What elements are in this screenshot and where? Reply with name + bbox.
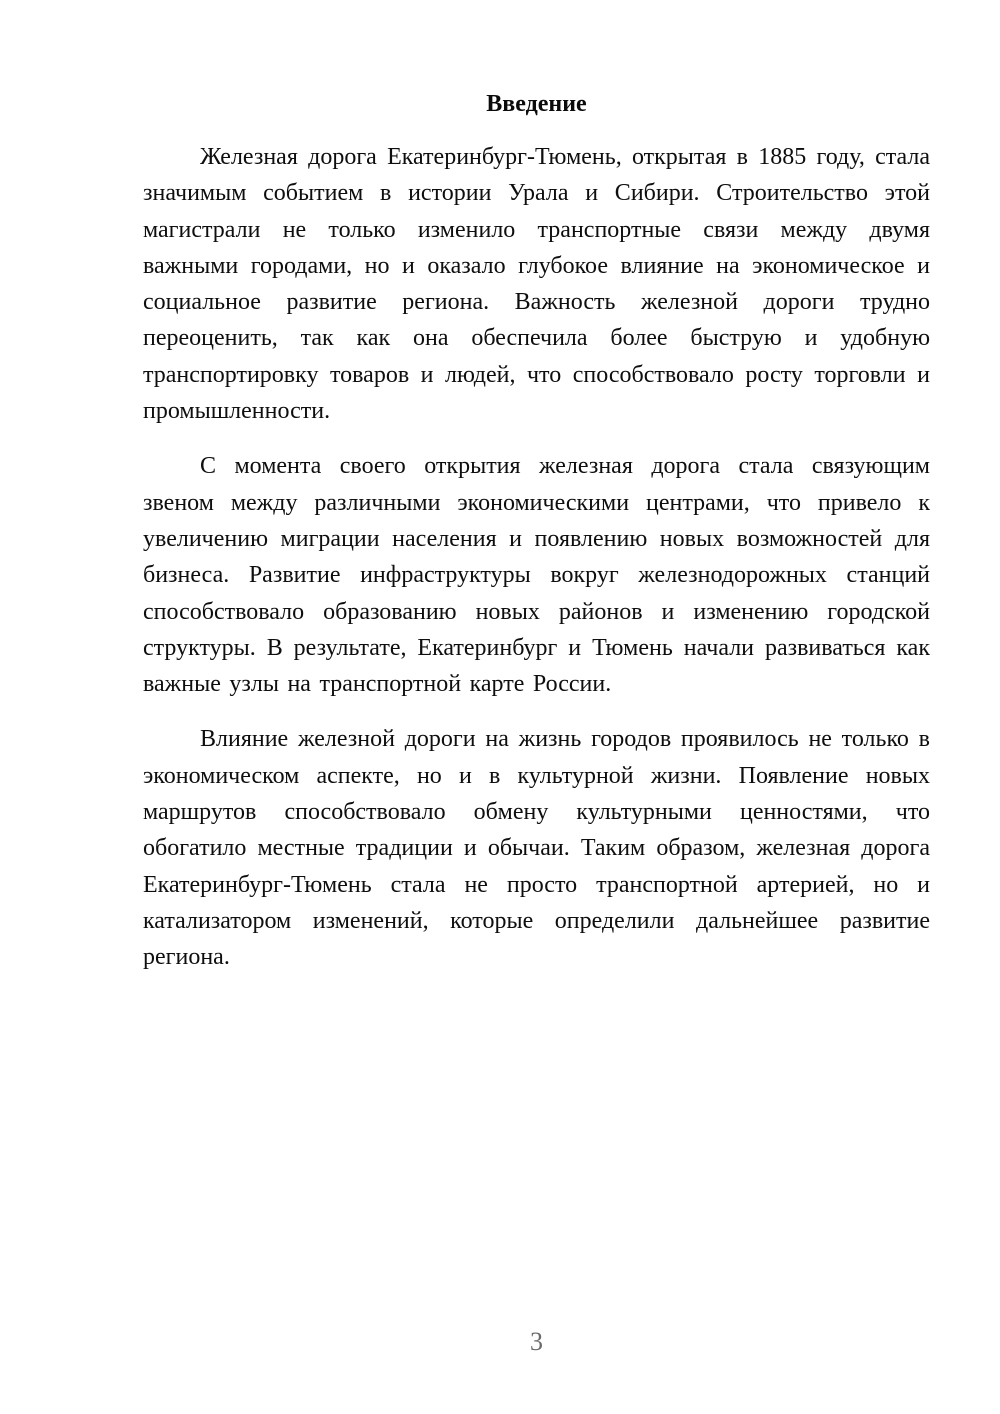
document-page: Введение Железная дорога Екатеринбург-Тю… — [0, 0, 1000, 1414]
document-body: Введение Железная дорога Екатеринбург-Тю… — [143, 86, 930, 995]
paragraph-economic-centers: С момента своего открытия железная дорог… — [143, 448, 930, 702]
page-footer: 3 — [143, 1327, 930, 1357]
page-title: Введение — [143, 86, 930, 122]
paragraph-intro-railway: Железная дорога Екатеринбург-Тюмень, отк… — [143, 139, 930, 429]
page-number: 3 — [530, 1327, 543, 1356]
paragraph-cultural-influence: Влияние железной дороги на жизнь городов… — [143, 721, 930, 975]
